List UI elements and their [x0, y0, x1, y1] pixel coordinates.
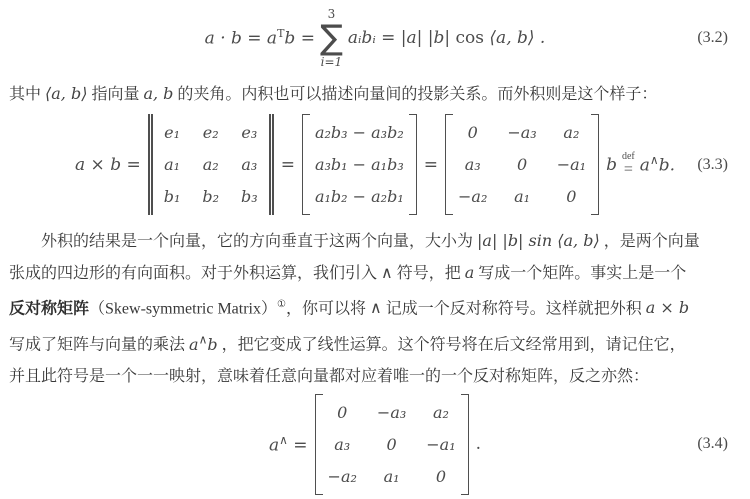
paragraph-2-line-2: 张成的四边形的有向面积。对于外积运算，我们引入∧符号，把a写成一个矩阵。事实上是…: [9, 257, 741, 289]
paragraph-2: 外积的结果是一个向量，它的方向垂直于这两个向量，大小为|a| |b| sin ⟨…: [0, 225, 750, 392]
eq34-lhs: a∧ =: [269, 433, 308, 456]
paragraph-2-line-4: 写成了矩阵与向量的乘法a∧b，把它变成了线性运算。这个符号将在后文经常用到，请记…: [9, 324, 741, 360]
sigma-icon: ∑: [320, 21, 343, 55]
equation-label-3-4: (3.4): [697, 435, 728, 453]
eq32-mid: aᵢbᵢ = |a| |b|: [348, 28, 450, 48]
eq32-pre-a: a · b = a: [205, 29, 277, 49]
bold-term-skew-symmetric: 反对称矩阵: [9, 300, 89, 317]
trailing-period: .: [476, 434, 481, 454]
eq32-lhs: a · b = aTb =: [205, 27, 315, 49]
paragraph-2-line-5: 并且此符号是一个一一映射，意味着任意向量都对应着唯一的一个反对称矩阵，反之亦然：: [9, 361, 741, 392]
sum-lower-limit: i=1: [321, 56, 343, 68]
wedge-symbol: ∧: [370, 298, 382, 317]
skew-symmetric-matrix: 0−a₃a₂ a₃0−a₁ −a₂a₁0: [445, 114, 599, 215]
p1-text-0: 其中: [9, 86, 41, 103]
summation-symbol: 3 ∑ i=1: [320, 8, 343, 68]
paragraph-1-line: 其中⟨a, b⟩指向量a, b的夹角。内积也可以描述向量间的投影关系。而外积则是…: [9, 86, 657, 103]
p2-math-sin: |a| |b| sin ⟨a, b⟩: [477, 231, 600, 250]
footnote-marker: ①: [277, 299, 286, 310]
eq32-rhs: aᵢbᵢ = |a| |b| cos ⟨a, b⟩ .: [348, 28, 545, 48]
eq32-tail: ⟨a, b⟩ .: [489, 28, 545, 48]
eq33-vector-b: b: [606, 155, 617, 175]
cross-product-symbol: a × b: [646, 298, 689, 317]
paragraph-2-line-3: 反对称矩阵（Skew-symmetric Matrix）①，你可以将∧记成一个反…: [9, 289, 741, 324]
equation-3-3: a × b = e₁e₂e₃ a₁a₂a₃ b₁b₂b₃ = a₂b₃ − a₃…: [0, 114, 750, 215]
p1-math-angle: ⟨a, b⟩: [45, 84, 87, 103]
cross-product-vector: a₂b₃ − a₃b₂ a₃b₁ − a₁b₃ a₁b₂ − a₂b₁: [302, 114, 417, 215]
def-equals-symbol: def =: [622, 152, 635, 178]
vector-a-symbol: a: [465, 263, 475, 282]
wedge-superscript: ∧: [279, 433, 288, 447]
book-page: a · b = aTb = 3 ∑ i=1 aᵢbᵢ = |a| |b| cos…: [0, 6, 750, 499]
p1-text-1: 指向量: [91, 86, 139, 103]
eq32-pre-b: b =: [284, 29, 315, 49]
equation-label-3-2: (3.2): [697, 29, 728, 47]
wedge-superscript: ∧: [650, 153, 659, 167]
wedge-symbol: ∧: [381, 263, 393, 282]
eq33-tail: a∧b.: [640, 153, 675, 176]
eq33-lhs: a × b =: [75, 155, 141, 175]
a-wedge-b-symbol: a∧b: [189, 335, 218, 354]
equation-label-3-3: (3.3): [697, 156, 728, 174]
paragraph-1: 其中⟨a, b⟩指向量a, b的夹角。内积也可以描述向量间的投影关系。而外积则是…: [0, 78, 750, 110]
p1-text-2: 的夹角。内积也可以描述向量间的投影关系。而外积则是这个样子：: [177, 86, 657, 103]
equation-3-4: a∧ = 0−a₃a₂ a₃0−a₁ −a₂a₁0 . (3.4): [0, 394, 750, 495]
equation-3-2: a · b = aTb = 3 ∑ i=1 aᵢbᵢ = |a| |b| cos…: [0, 6, 750, 70]
paragraph-2-line-1: 外积的结果是一个向量，它的方向垂直于这两个向量，大小为|a| |b| sin ⟨…: [9, 225, 741, 257]
determinant-matrix: e₁e₂e₃ a₁a₂a₃ b₁b₂b₃: [148, 114, 274, 215]
p1-math-ab: a, b: [143, 84, 173, 103]
skew-symmetric-matrix: 0−a₃a₂ a₃0−a₁ −a₂a₁0: [315, 394, 469, 495]
equals-sign: =: [424, 155, 438, 175]
cos-function: cos: [456, 28, 484, 48]
equals-sign: =: [281, 155, 295, 175]
